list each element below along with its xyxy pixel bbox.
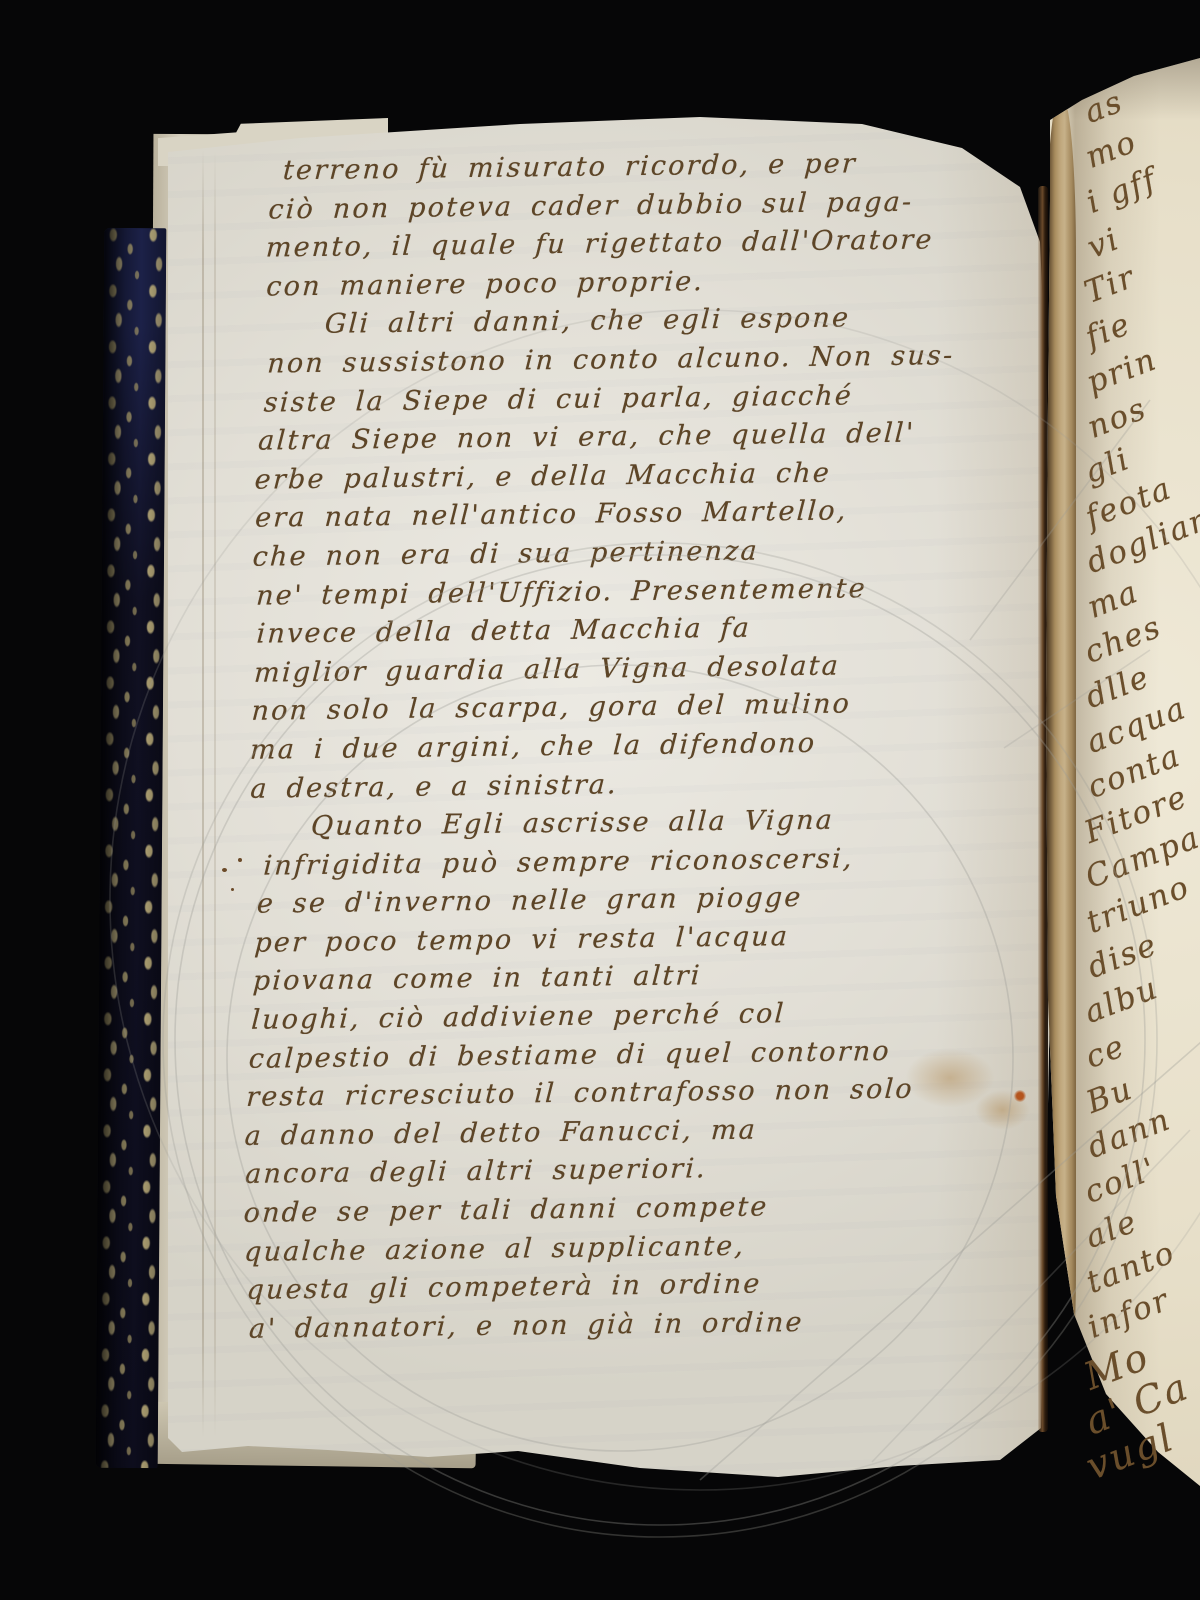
ink-fleck [238, 858, 242, 862]
marbled-binding-strip [96, 228, 167, 1468]
ink-fleck [231, 888, 234, 891]
manuscript-text-block: terreno fù misurato ricordo, e perciò no… [231, 143, 1046, 1349]
right-page-fragment: ce [1081, 1028, 1131, 1076]
ink-fleck [222, 868, 227, 872]
right-page-text-fragments: asmoi gffviTirfieprinnosglifeotadogliamm… [1080, 96, 1200, 1516]
rust-spot [1014, 1090, 1026, 1102]
right-page-fragment: vi [1083, 221, 1125, 266]
right-page-fragment: Tir [1080, 259, 1141, 311]
right-page-fragment: coll' [1080, 1151, 1162, 1211]
manuscript-photo: terreno fù misurato ricordo, e perciò no… [0, 0, 1200, 1600]
gutter-crease [1038, 186, 1048, 1432]
